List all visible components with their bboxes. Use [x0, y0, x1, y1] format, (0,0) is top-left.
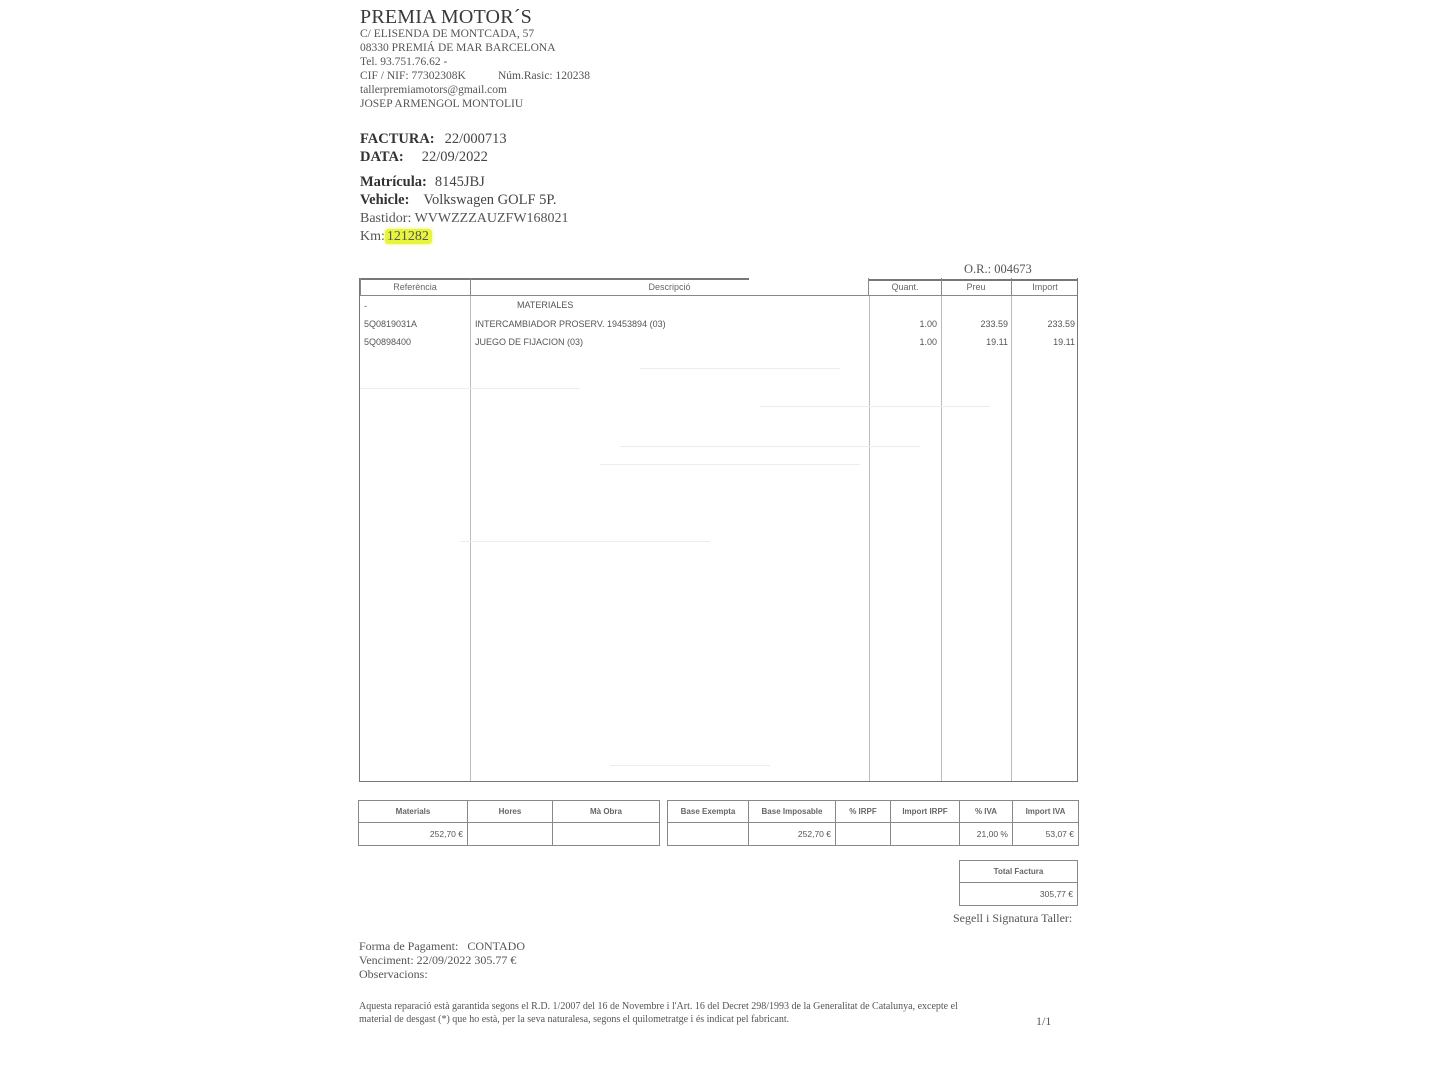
payment-method-label: Forma de Pagament:	[359, 939, 458, 953]
company-cif: CIF / NIF: 77302308K	[360, 70, 466, 82]
col-header-price: Preu	[941, 279, 1011, 295]
summary-header-hours: Hores	[468, 801, 553, 823]
plate-value: 8145JBJ	[435, 174, 485, 190]
vehicle-chassis: Bastidor: WVWZZZAUZFW168021	[360, 211, 569, 227]
scan-artifact	[640, 368, 840, 369]
invoice-number-label: FACTURA:	[360, 131, 435, 147]
col-header-quantity: Quant.	[869, 279, 941, 295]
tax-value-irpf-pct	[836, 823, 891, 846]
vehicle-model: Vehicle:Volkswagen GOLF 5P.	[360, 192, 556, 209]
col-divider-ref	[470, 296, 471, 781]
payment-notes-label: Observacions:	[359, 967, 428, 982]
company-name: PREMIA MOTOR´S	[360, 6, 532, 29]
chassis-value: WVWZZZAUZFW168021	[415, 211, 569, 226]
tax-summary: Base Exempta Base Imposable % IRPF Impor…	[667, 800, 1079, 846]
tax-value-taxable-base: 252,70 €	[749, 823, 836, 846]
company-address: C/ ELISENDA DE MONTCADA, 57	[360, 28, 534, 40]
summary-value-labor	[553, 823, 660, 846]
payment-due-value: 22/09/2022 305.77 €	[417, 953, 517, 967]
col-divider-qty	[941, 296, 942, 781]
col-header-amount: Import	[1011, 279, 1079, 295]
invoice-number-value: 22/000713	[445, 131, 507, 147]
payment-method: Forma de Pagament: CONTADO	[359, 939, 525, 954]
vehicle-plate: Matrícula:8145JBJ	[360, 174, 485, 191]
or-value: 004673	[994, 262, 1032, 276]
scan-artifact	[760, 406, 990, 407]
tax-value-exempt-base	[668, 823, 749, 846]
items-table: Referència Descripció Quant. Preu Import…	[359, 278, 1078, 782]
tax-header-taxable-base: Base Imposable	[749, 801, 836, 823]
row-quantity: 1.00	[869, 318, 937, 330]
row-amount: 233.59	[1011, 318, 1075, 330]
col-divider-desc	[869, 296, 870, 781]
col-header-reference: Referència	[360, 279, 470, 295]
payment-due-label: Venciment:	[359, 953, 414, 967]
row-quantity: 1.00	[869, 336, 937, 348]
company-email: tallerpremiamotors@gmail.com	[360, 84, 507, 96]
signature-label: Segell i Signatura Taller:	[953, 911, 1072, 926]
chassis-label: Bastidor:	[360, 211, 411, 226]
vehicle-label: Vehicle:	[360, 192, 409, 208]
scan-artifact	[600, 464, 860, 465]
header-bottom-border	[360, 295, 1077, 296]
or-label: O.R.:	[964, 262, 991, 276]
section-label: MATERIALES	[517, 299, 573, 311]
row-reference: 5Q0898400	[364, 336, 411, 348]
total-invoice-box: Total Factura 305,77 €	[959, 860, 1078, 906]
scan-artifact	[460, 541, 710, 542]
tax-header-irpf-pct: % IRPF	[836, 801, 891, 823]
col-header-description: Descripció	[470, 279, 869, 295]
km-value-highlighted: 121282	[385, 229, 432, 244]
tax-header-iva-pct: % IVA	[960, 801, 1013, 823]
scan-artifact	[360, 388, 580, 389]
vehicle-km: Km:121282	[360, 229, 432, 245]
row-price: 19.11	[941, 336, 1008, 348]
invoice-date-label: DATA:	[360, 149, 404, 165]
company-phone: Tel. 93.751.76.62 -	[360, 56, 447, 68]
summary-header-labor: Mà Obra	[553, 801, 660, 823]
tax-header-exempt-base: Base Exempta	[668, 801, 749, 823]
row-reference: 5Q0819031A	[364, 318, 417, 330]
page-indicator: 1/1	[1036, 1014, 1051, 1029]
work-order-number: O.R.: 004673	[964, 262, 1032, 277]
company-city: 08330 PREMIÁ DE MAR BARCELONA	[360, 42, 556, 54]
tax-value-iva-amount: 53,07 €	[1013, 823, 1079, 846]
row-description: JUEGO DE FIJACION (03)	[475, 336, 583, 348]
tax-value-irpf-amount	[891, 823, 960, 846]
legal-text-line-1: Aquesta reparació està garantida segons …	[359, 1001, 958, 1012]
plate-label: Matrícula:	[360, 174, 427, 190]
payment-method-value: CONTADO	[467, 939, 525, 953]
summary-value-materials: 252,70 €	[359, 823, 468, 846]
invoice-number: FACTURA:22/000713	[360, 131, 507, 148]
tax-header-irpf-amount: Import IRPF	[891, 801, 960, 823]
summary-header-materials: Materials	[359, 801, 468, 823]
payment-due: Venciment: 22/09/2022 305.77 €	[359, 953, 516, 968]
company-owner: JOSEP ARMENGOL MONTOLIU	[360, 98, 523, 110]
section-ref: -	[364, 300, 367, 312]
legal-text-line-2: material de desgast (*) que ho està, per…	[359, 1014, 789, 1025]
tax-header-iva-amount: Import IVA	[1013, 801, 1079, 823]
col-divider-price	[1011, 296, 1012, 781]
tax-value-iva-pct: 21,00 %	[960, 823, 1013, 846]
row-amount: 19.11	[1011, 336, 1075, 348]
total-label: Total Factura	[960, 861, 1078, 883]
company-registry: Núm.Rasic: 120238	[498, 70, 590, 82]
scan-artifact	[620, 446, 920, 447]
row-description: INTERCAMBIADOR PROSERV. 19453894 (03)	[475, 318, 666, 330]
invoice-date: DATA:22/09/2022	[360, 149, 488, 166]
scan-artifact	[610, 765, 770, 766]
vehicle-value: Volkswagen GOLF 5P.	[423, 192, 556, 208]
km-label: Km:	[360, 229, 385, 244]
summary-value-hours	[468, 823, 553, 846]
row-price: 233.59	[941, 318, 1008, 330]
total-value: 305,77 €	[960, 883, 1078, 906]
labor-materials-summary: Materials Hores Mà Obra 252,70 €	[358, 800, 660, 846]
invoice-date-value: 22/09/2022	[422, 149, 488, 165]
